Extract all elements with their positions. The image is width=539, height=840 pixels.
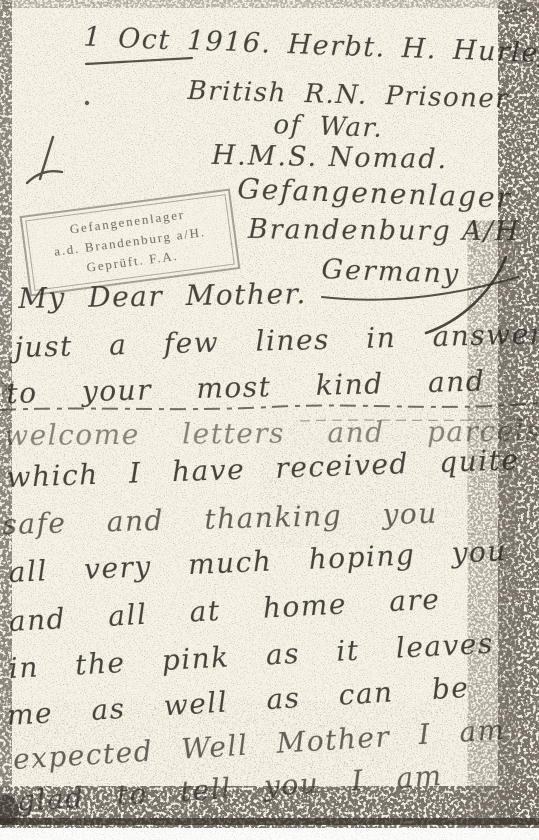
scan-outside-grain bbox=[0, 828, 539, 840]
salutation: My Dear Mother. bbox=[18, 277, 307, 315]
address-line: of War. bbox=[273, 110, 384, 144]
ink-dot bbox=[85, 101, 89, 105]
letter-scan-page: 1 Oct 1916. Herbt. H. Hurley A.B. Britis… bbox=[0, 0, 539, 840]
address-line: Germany bbox=[321, 254, 461, 290]
address-line: Brandenburg A/H bbox=[248, 214, 521, 247]
address-line: H.M.S. Nomad. bbox=[211, 140, 448, 175]
